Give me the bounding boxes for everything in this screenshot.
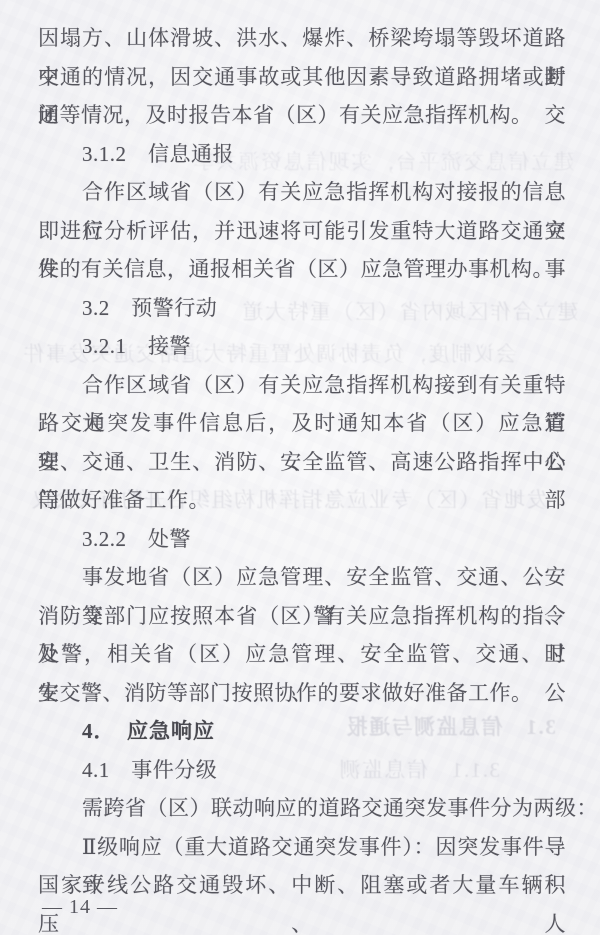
text-line: 需跨省（区）联动响应的道路交通突发事件分为两级： [38,789,566,828]
text-line: 事发地省（区）应急管理、安全监管、交通、公安交警、 [38,558,566,597]
scanned-document-page: 建立信息交流平台，实现信息资源共享建立合作区域内省（区）重特大道会议制度，负责协… [0,0,600,935]
text-line: 因塌方、山体滑坡、洪水、爆炸、桥梁垮塌等毁坏道路中断 [38,19,566,58]
document-body: 因塌方、山体滑坡、洪水、爆炸、桥梁垮塌等毁坏道路中断交通的情况，因交通事故或其他… [38,0,566,905]
text-line: 合作区域省（区）有关应急指挥机构接到有关重特大道 [38,366,566,405]
text-line: 即进行分析评估，并迅速将可能引发重特大道路交通突发事 [38,212,566,251]
text-line: 安交警、消防等部门按照协作的要求做好准备工作。 [38,674,566,713]
text-line: 消防等部门应按照本省（区）有关应急指挥机构的指令及时 [38,597,566,636]
section-heading: 3.2 预警行动 [38,289,566,328]
text-line: 合作区域省（区）有关应急指挥机构对接报的信息应立 [38,173,566,212]
text-line: 处警，相关省（区）应急管理、安全监管、交通、卫生、公 [38,635,566,674]
section-heading: 3.1.2 信息通报 [38,135,566,174]
text-line: 安、交通、卫生、消防、安全监管、高速公路指挥中心等部 [38,443,566,482]
section-heading: 3.2.2 处警 [38,520,566,559]
page-number: — 14 — [42,896,118,919]
text-line: 路交通突发事件信息后，及时通知本省（区）应急管理、公 [38,404,566,443]
text-line: 件的有关信息，通报相关省（区）应急管理办事机构。 [38,250,566,289]
section-heading: 4.1 事件分级 [38,751,566,790]
text-line: 通等情况，及时报告本省（区）有关应急指挥机构。 [38,96,566,135]
text-line: Ⅱ级响应（重大道路交通突发事件）：因突发事件导致 [38,828,566,867]
section-heading: 3.2.1 接警 [38,327,566,366]
section-heading: 4． 应急响应 [38,712,566,751]
text-line: 交通的情况，因交通事故或其他因素导致道路拥堵或封闭交 [38,58,566,97]
